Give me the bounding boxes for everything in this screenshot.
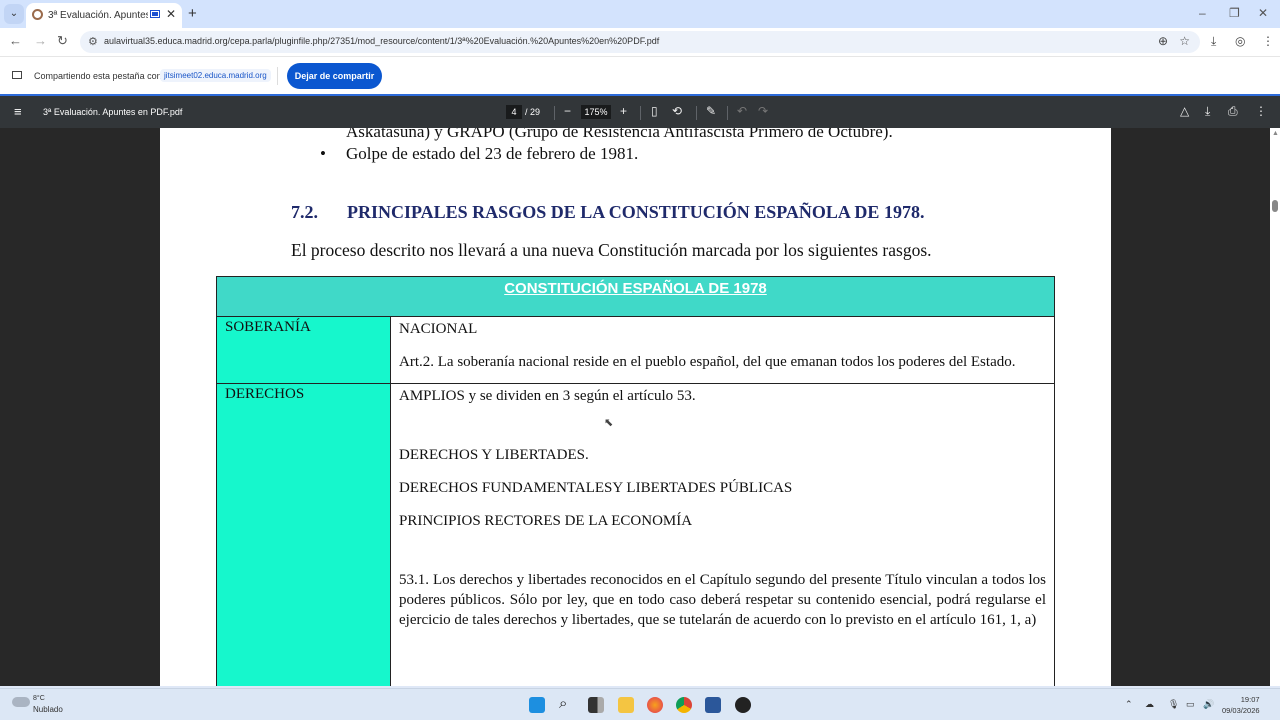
microphone-icon[interactable]: 🎙 bbox=[1168, 699, 1179, 710]
forward-button[interactable]: → bbox=[34, 33, 47, 48]
sidebar-menu-icon[interactable]: ≡ bbox=[14, 104, 22, 119]
section-number: 7.2. bbox=[291, 202, 347, 223]
sharing-text: Compartiendo esta pestaña con bbox=[34, 71, 162, 81]
divider bbox=[696, 106, 697, 120]
sharing-indicator-icon bbox=[150, 10, 160, 18]
cell-line: NACIONAL bbox=[399, 319, 1046, 339]
tab-title: 3ª Evaluación. Apuntes en F bbox=[48, 10, 148, 21]
start-icon[interactable] bbox=[529, 697, 545, 713]
system-clock[interactable]: 19:07 09/03/2026 bbox=[1222, 694, 1260, 716]
url-text[interactable]: aulavirtual35.educa.madrid.org/cepa.parl… bbox=[104, 36, 659, 46]
pdf-toolbar: ≡ 3ª Evaluación. Apuntes en PDF.pdf 4 / … bbox=[0, 94, 1280, 128]
cloud-icon[interactable] bbox=[12, 697, 30, 707]
page-total: / 29 bbox=[525, 107, 540, 117]
chrome-icon[interactable] bbox=[676, 697, 692, 713]
new-tab-button[interactable]: + bbox=[188, 5, 197, 22]
scroll-up-icon[interactable]: ▲ bbox=[1272, 130, 1279, 137]
row-label: SOBERANÍA bbox=[217, 317, 391, 384]
task-view-icon[interactable] bbox=[588, 697, 604, 713]
drive-save-icon[interactable]: △ bbox=[1180, 104, 1189, 118]
pdf-viewer[interactable]: Askatasuna) y GRAPO (Grupo de Resistenci… bbox=[0, 128, 1270, 686]
download-icon[interactable]: ⤓ bbox=[1205, 104, 1210, 119]
row-value: AMPLIOS y se dividen en 3 según el artíc… bbox=[391, 384, 1055, 687]
row-label: DERECHOS bbox=[217, 384, 391, 687]
restore-button[interactable]: ❐ bbox=[1229, 6, 1240, 20]
cell-line: DERECHOS Y LIBERTADES. bbox=[399, 445, 1046, 465]
zoom-out-button[interactable]: − bbox=[564, 104, 571, 118]
weather-temp[interactable]: 8°C bbox=[33, 695, 45, 702]
navigation-bar: ← → ↻ ⚙ aulavirtual35.educa.madrid.org/c… bbox=[0, 28, 1280, 56]
section-title: PRINCIPALES RASGOS DE LA CONSTITUCIÓN ES… bbox=[347, 202, 924, 222]
more-options-icon[interactable]: ⋮ bbox=[1255, 104, 1267, 118]
tab-search-button[interactable]: ⌄ bbox=[4, 4, 24, 24]
divider bbox=[554, 106, 555, 120]
network-icon[interactable]: ▭ bbox=[1186, 699, 1195, 710]
tab-close-icon[interactable]: ✕ bbox=[166, 7, 176, 21]
table-title: CONSTITUCIÓN ESPAÑOLA DE 1978 bbox=[217, 277, 1055, 317]
back-button[interactable]: ← bbox=[9, 33, 22, 48]
tab-sharing-bar: Compartiendo esta pestaña con jitsimeet0… bbox=[0, 56, 1280, 94]
bullet-item: Golpe de estado del 23 de febrero de 198… bbox=[346, 144, 638, 164]
article-paragraph: 53.1. Los derechos y libertades reconoci… bbox=[399, 570, 1046, 630]
intro-paragraph: El proceso descrito nos llevará a una nu… bbox=[291, 240, 932, 261]
bookmark-star-icon[interactable]: ☆ bbox=[1179, 34, 1190, 48]
zoom-in-button[interactable]: + bbox=[620, 104, 627, 118]
tab-strip: ⌄ 3ª Evaluación. Apuntes en F ✕ + – ❐ ✕ bbox=[0, 0, 1280, 28]
sharing-origin: jitsimeet02.educa.madrid.org bbox=[160, 69, 271, 82]
pdf-page: Askatasuna) y GRAPO (Grupo de Resistenci… bbox=[160, 128, 1111, 686]
tab-active[interactable]: 3ª Evaluación. Apuntes en F ✕ bbox=[26, 3, 182, 28]
obs-icon[interactable] bbox=[735, 697, 751, 713]
downloads-icon[interactable]: ⤓ bbox=[1211, 34, 1216, 49]
cell-line: Art.2. La soberanía nacional reside en e… bbox=[399, 352, 1046, 372]
cell-line: AMPLIOS y se dividen en 3 según el artíc… bbox=[399, 386, 1046, 406]
fit-page-icon[interactable]: ▯ bbox=[651, 104, 658, 118]
onedrive-icon[interactable]: ☁ bbox=[1145, 699, 1154, 710]
search-icon[interactable]: ⌕ bbox=[559, 697, 575, 713]
cell-line: DERECHOS FUNDAMENTALESY LIBERTADES PÚBLI… bbox=[399, 478, 1046, 498]
zoom-icon[interactable]: ⊕ bbox=[1158, 34, 1168, 48]
profile-icon[interactable]: ◎ bbox=[1235, 34, 1245, 48]
address-bar[interactable]: ⚙ aulavirtual35.educa.madrid.org/cepa.pa… bbox=[80, 31, 1200, 53]
divider bbox=[727, 106, 728, 120]
row-value: NACIONAL Art.2. La soberanía nacional re… bbox=[391, 317, 1055, 384]
reload-button[interactable]: ↻ bbox=[57, 33, 68, 49]
minimize-button[interactable]: – bbox=[1199, 6, 1206, 20]
pdf-filename: 3ª Evaluación. Apuntes en PDF.pdf bbox=[43, 107, 182, 117]
windows-taskbar: 8°C Nublado ⌕ ⌃ ☁ 🎙 ▭ 🔊 19:07 09/03/2026 bbox=[0, 688, 1280, 720]
volume-icon[interactable]: 🔊 bbox=[1203, 699, 1214, 710]
rotate-icon[interactable]: ⟲ bbox=[672, 104, 682, 118]
firefox-icon[interactable] bbox=[647, 697, 663, 713]
mouse-cursor-icon: ⬉ bbox=[604, 416, 613, 429]
zoom-level-input[interactable]: 175% bbox=[581, 105, 611, 119]
word-icon[interactable] bbox=[705, 697, 721, 713]
file-explorer-icon[interactable] bbox=[618, 697, 634, 713]
clock-time: 19:07 bbox=[1222, 694, 1260, 705]
divider bbox=[640, 106, 641, 120]
show-hidden-icons[interactable]: ⌃ bbox=[1125, 699, 1133, 710]
cell-line: PRINCIPIOS RECTORES DE LA ECONOMÍA bbox=[399, 511, 1046, 531]
table-row: SOBERANÍA NACIONAL Art.2. La soberanía n… bbox=[217, 317, 1055, 384]
undo-icon[interactable]: ↶ bbox=[737, 104, 747, 118]
partial-text-line: Askatasuna) y GRAPO (Grupo de Resistenci… bbox=[346, 128, 893, 142]
site-info-icon[interactable]: ⚙ bbox=[88, 35, 98, 48]
clock-date: 09/03/2026 bbox=[1222, 705, 1260, 716]
stop-sharing-button[interactable]: Dejar de compartir bbox=[287, 63, 382, 89]
annotate-icon[interactable]: ✎ bbox=[706, 104, 716, 118]
page-number-input[interactable]: 4 bbox=[506, 105, 522, 119]
print-icon[interactable]: ⎙ bbox=[1228, 104, 1238, 119]
weather-desc[interactable]: Nublado bbox=[33, 705, 63, 714]
scrollbar-thumb[interactable] bbox=[1272, 200, 1278, 212]
close-window-button[interactable]: ✕ bbox=[1258, 6, 1268, 20]
constitution-table: CONSTITUCIÓN ESPAÑOLA DE 1978 SOBERANÍA … bbox=[216, 276, 1055, 686]
favicon-icon bbox=[32, 9, 43, 20]
screen-share-icon bbox=[12, 71, 22, 79]
bullet-icon: • bbox=[320, 144, 326, 164]
redo-icon[interactable]: ↷ bbox=[758, 104, 768, 118]
table-row: DERECHOS AMPLIOS y se dividen en 3 según… bbox=[217, 384, 1055, 687]
section-heading: 7.2.PRINCIPALES RASGOS DE LA CONSTITUCIÓ… bbox=[291, 202, 924, 223]
vertical-scrollbar[interactable]: ▲ bbox=[1270, 128, 1280, 686]
browser-menu-icon[interactable]: ⋮ bbox=[1262, 34, 1274, 48]
divider bbox=[277, 67, 278, 85]
